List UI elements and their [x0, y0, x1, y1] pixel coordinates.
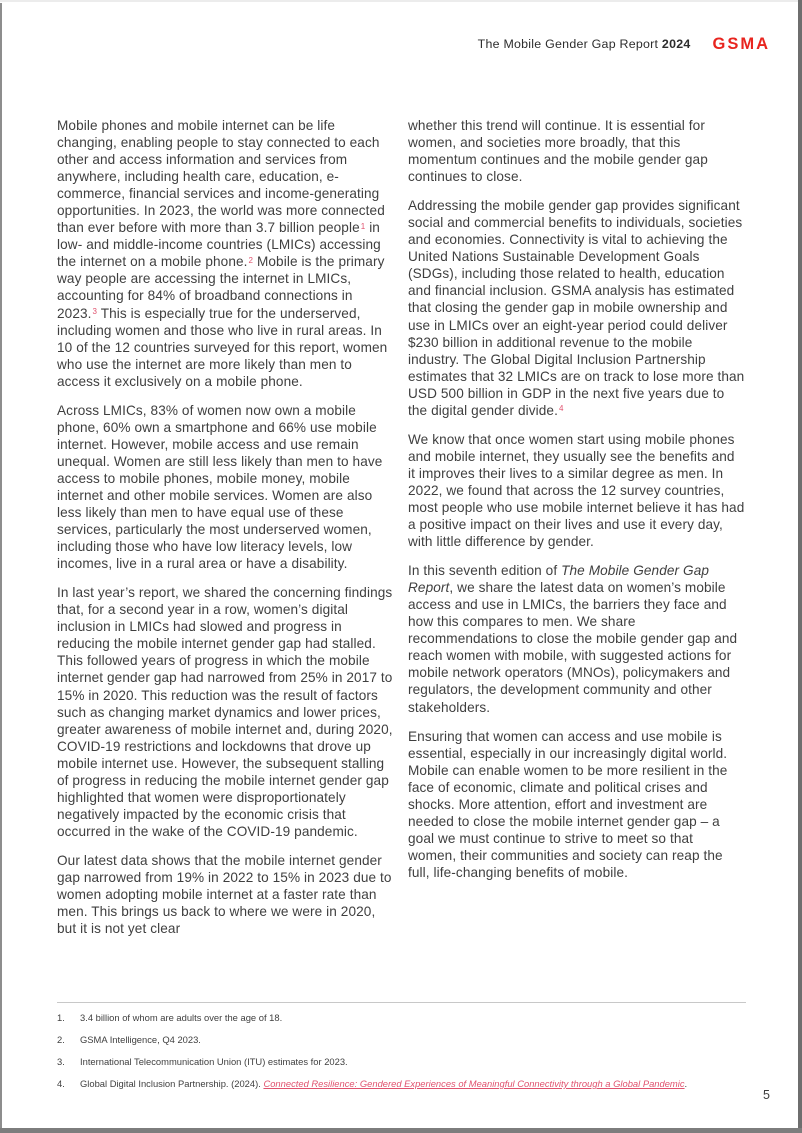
- text-run: Ensuring that women can access and use m…: [408, 729, 727, 880]
- gsma-logo: GSMA: [713, 36, 771, 53]
- footnote-item: 3.International Telecommunication Union …: [57, 1057, 746, 1067]
- footnote-item: 2.GSMA Intelligence, Q4 2023.: [57, 1035, 746, 1045]
- paragraph: whether this trend will continue. It is …: [408, 117, 745, 185]
- footnote-divider: [57, 1002, 746, 1003]
- text-run: 3.4 billion of whom are adults over the …: [80, 1012, 282, 1023]
- footnote-text: 3.4 billion of whom are adults over the …: [80, 1013, 746, 1023]
- paragraph: Mobile phones and mobile internet can be…: [57, 117, 394, 390]
- footnote-link[interactable]: Connected Resilience: Gendered Experienc…: [263, 1078, 684, 1089]
- text-run: In this seventh edition of: [408, 563, 561, 578]
- text-run: GSMA Intelligence, Q4 2023.: [80, 1034, 201, 1045]
- page-number: 5: [763, 1088, 770, 1102]
- footnote-text: GSMA Intelligence, Q4 2023.: [80, 1035, 746, 1045]
- footnote-ref: 1: [361, 222, 366, 231]
- paragraph: We know that once women start using mobi…: [408, 431, 745, 550]
- report-title-year: 2024: [662, 37, 691, 51]
- text-run: Mobile phones and mobile internet can be…: [57, 118, 385, 235]
- footnote-list: 1.3.4 billion of whom are adults over th…: [57, 1013, 746, 1089]
- paragraph: Addressing the mobile gender gap provide…: [408, 197, 745, 419]
- footnote-item: 1.3.4 billion of whom are adults over th…: [57, 1013, 746, 1023]
- footnote-number: 1.: [57, 1013, 80, 1023]
- text-run: In last year’s report, we shared the con…: [57, 585, 393, 839]
- left-column: Mobile phones and mobile internet can be…: [57, 117, 394, 949]
- paragraph: Our latest data shows that the mobile in…: [57, 852, 394, 937]
- paragraph: Across LMICs, 83% of women now own a mob…: [57, 402, 394, 572]
- page-edge-left: [0, 3, 2, 1133]
- body-text: Mobile phones and mobile internet can be…: [57, 117, 746, 949]
- footnote-ref: 4: [559, 404, 564, 413]
- text-run: This is especially true for the underser…: [57, 306, 387, 389]
- footnote-ref: 2: [249, 256, 254, 265]
- right-column: whether this trend will continue. It is …: [408, 117, 745, 949]
- report-title-text: The Mobile Gender Gap Report: [478, 37, 662, 51]
- paragraph: In this seventh edition of The Mobile Ge…: [408, 562, 745, 715]
- footnote-ref: 3: [93, 307, 98, 316]
- footnote-text: Global Digital Inclusion Partnership. (2…: [80, 1079, 746, 1089]
- text-run: whether this trend will continue. It is …: [408, 118, 708, 184]
- paragraph: Ensuring that women can access and use m…: [408, 728, 745, 881]
- text-run: Across LMICs, 83% of women now own a mob…: [57, 403, 382, 571]
- page-edge-bottom: [0, 1128, 802, 1133]
- text-run: We know that once women start using mobi…: [408, 432, 744, 549]
- report-title: The Mobile Gender Gap Report 2024: [478, 37, 691, 51]
- text-run: International Telecommunication Union (I…: [80, 1056, 348, 1067]
- text-run: Addressing the mobile gender gap provide…: [408, 198, 744, 418]
- footnotes-section: 1.3.4 billion of whom are adults over th…: [57, 1002, 746, 1101]
- footnote-number: 2.: [57, 1035, 80, 1045]
- document-page: The Mobile Gender Gap Report 2024 GSMA M…: [0, 0, 802, 1133]
- text-run: .: [685, 1078, 688, 1089]
- paragraph: In last year’s report, we shared the con…: [57, 584, 394, 840]
- footnote-text: International Telecommunication Union (I…: [80, 1057, 746, 1067]
- text-run: Global Digital Inclusion Partnership. (2…: [80, 1078, 263, 1089]
- footnote-number: 4.: [57, 1079, 80, 1089]
- page-edge-top: [0, 0, 802, 2]
- page-edge-right: [798, 0, 802, 1133]
- text-run: , we share the latest data on women’s mo…: [408, 580, 737, 714]
- footnote-item: 4.Global Digital Inclusion Partnership. …: [57, 1079, 746, 1089]
- footnote-number: 3.: [57, 1057, 80, 1067]
- page-header: The Mobile Gender Gap Report 2024 GSMA: [478, 36, 770, 53]
- text-run: Our latest data shows that the mobile in…: [57, 853, 392, 936]
